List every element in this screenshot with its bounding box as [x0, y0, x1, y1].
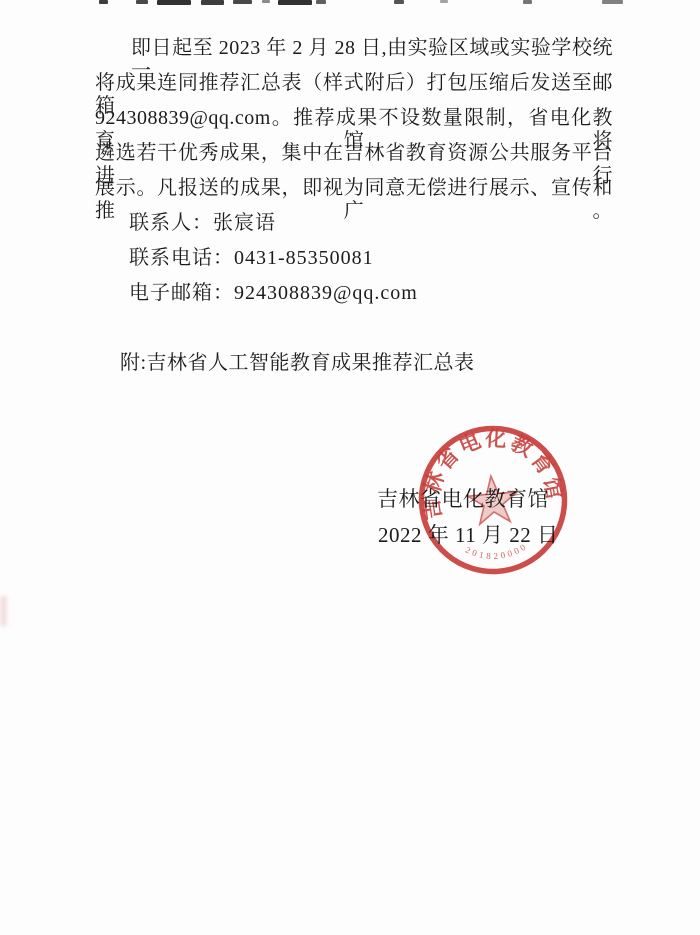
contact-email-line: 电子邮箱：924308839@qq.com	[129, 282, 418, 305]
glyph-fragment	[136, 0, 148, 4]
glyph-fragment	[99, 0, 108, 4]
glyph-fragment	[278, 0, 312, 5]
seal-star-icon	[466, 474, 519, 525]
contact-person-line: 联系人：张宸语	[129, 212, 276, 235]
seal-code: 201820000	[463, 539, 530, 563]
glyph-fragment	[233, 0, 252, 4]
glyph-fragment	[394, 0, 404, 4]
attachment-line: 附:吉林省人工智能教育成果推荐汇总表	[120, 352, 475, 375]
contact-phone-line: 联系电话：0431-85350081	[129, 247, 374, 270]
official-seal: 吉林省电化教育馆 201820000	[411, 418, 575, 582]
glyph-fragment	[523, 0, 532, 4]
scanned-document-page: 即日起至 2023 年 2 月 28 日,由实验区域或实验学校统一 将成果连同推…	[0, 0, 700, 935]
glyph-fragment	[262, 0, 270, 3]
seal-code-wrap: 201820000	[463, 539, 530, 563]
glyph-fragment	[316, 0, 326, 4]
glyph-fragment	[602, 0, 623, 4]
glyph-fragment	[157, 0, 191, 5]
glyph-fragment	[440, 0, 448, 3]
scan-smudge-artifact	[0, 596, 7, 626]
glyph-fragment	[201, 0, 224, 5]
